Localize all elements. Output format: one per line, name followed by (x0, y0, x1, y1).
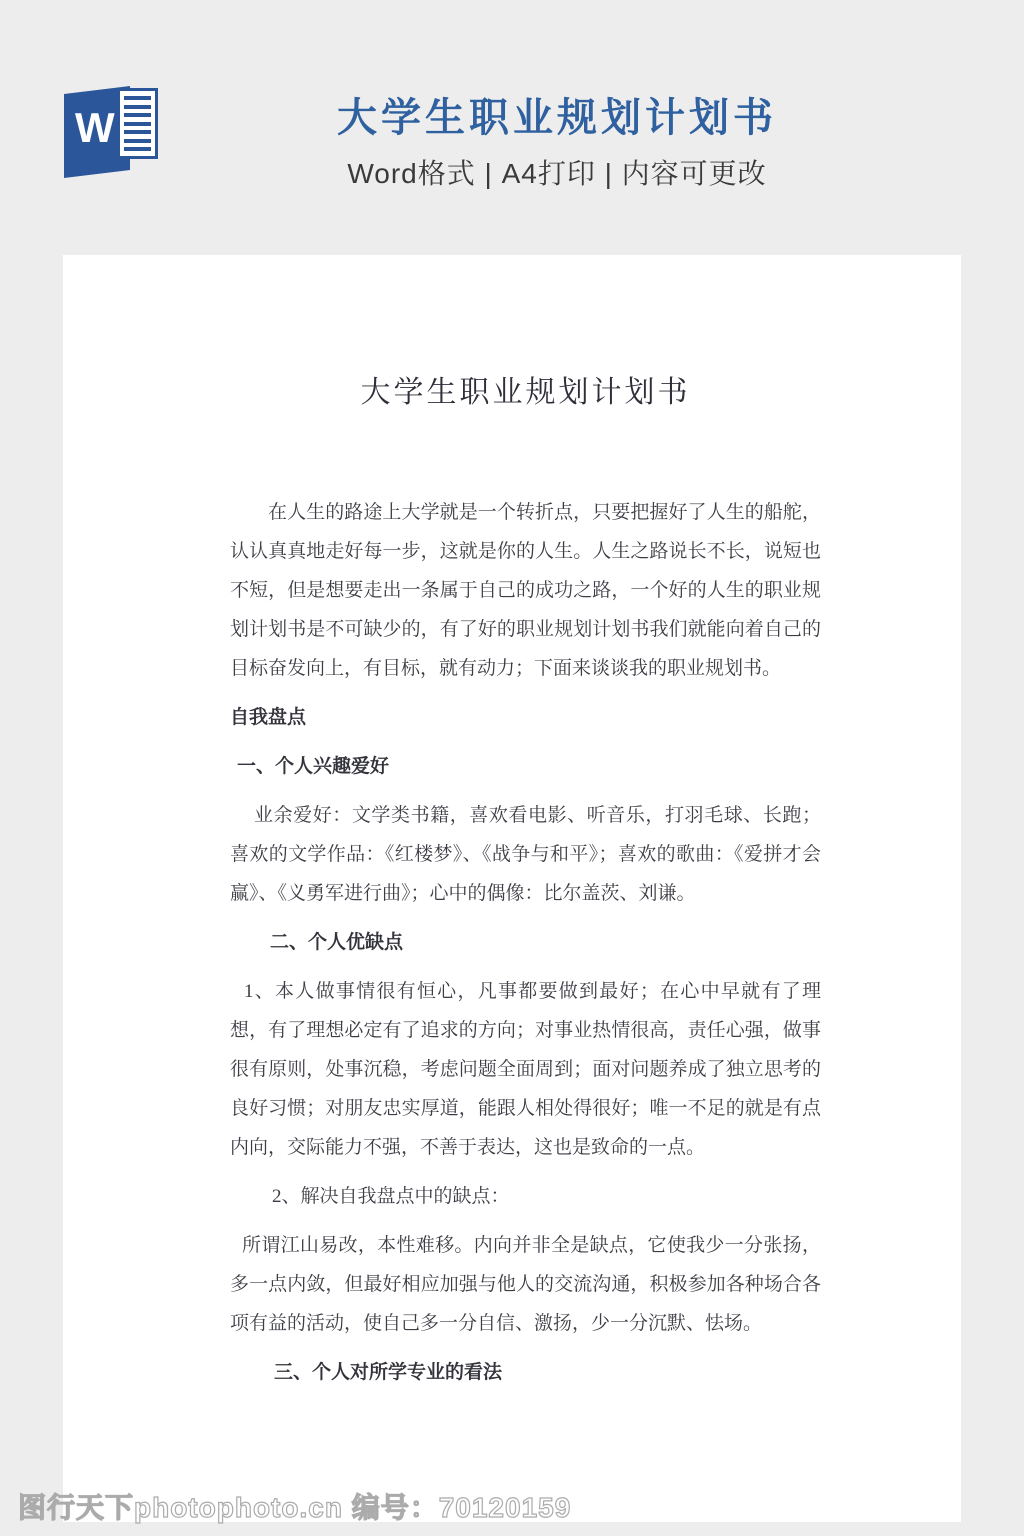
doc-heading-strengths-weaknesses: 二、个人优缺点 (230, 923, 821, 962)
doc-paragraph-hobbies: 业余爱好：文学类书籍，喜欢看电影、听音乐，打羽毛球、长跑；喜欢的文学作品：《红楼… (230, 796, 821, 913)
doc-heading-self-inventory: 自我盘点 (230, 698, 821, 737)
doc-paragraph-strengths: 1、本人做事情很有恒心，凡事都要做到最好；在心中早就有了理想，有了理想必定有了追… (230, 972, 821, 1167)
preview-header: W 大学生职业规划计划书 Word格式 | A4打印 | 内容可更改 (0, 0, 1024, 255)
document-title: 大学生职业规划计划书 (230, 373, 821, 413)
template-subtitle: Word格式 | A4打印 | 内容可更改 (90, 152, 1024, 192)
watermark-text: 图行天下photophoto.cn 编号：70120159 (18, 1486, 571, 1526)
header-text-group: 大学生职业规划计划书 Word格式 | A4打印 | 内容可更改 (90, 94, 1024, 192)
doc-heading-interests: 一、个人兴趣爱好 (230, 747, 821, 786)
doc-heading-major-view: 三、个人对所学专业的看法 (230, 1353, 821, 1392)
document-body: 大学生职业规划计划书 在人生的路途上大学就是一个转折点，只要把握好了人生的船舵，… (63, 255, 961, 1392)
document-page: 大学生职业规划计划书 在人生的路途上大学就是一个转折点，只要把握好了人生的船舵，… (63, 255, 961, 1522)
doc-subheading-fix-weaknesses: 2、解决自我盘点中的缺点： (230, 1177, 821, 1216)
template-title: 大学生职业规划计划书 (90, 94, 1024, 142)
doc-paragraph-intro: 在人生的路途上大学就是一个转折点，只要把握好了人生的船舵，认认真真地走好每一步，… (230, 493, 821, 688)
doc-paragraph-fix-weaknesses: 所谓江山易改，本性难移。内向并非全是缺点，它使我少一分张扬，多一点内敛，但最好相… (230, 1226, 821, 1343)
